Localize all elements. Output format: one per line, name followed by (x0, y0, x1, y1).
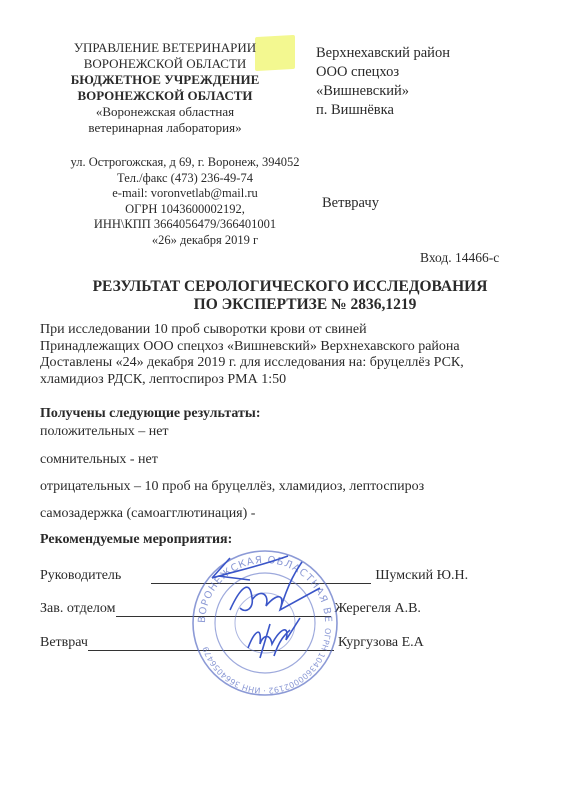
intro-paragraph: При исследовании 10 проб сыворотки крови… (40, 322, 560, 388)
title-line: РЕЗУЛЬТАТ СЕРОЛОГИЧЕСКОГО ИССЛЕДОВАНИЯ (30, 278, 550, 296)
sender-line: ВОРОНЕЖСКОЙ ОБЛАСТИ (40, 56, 290, 72)
recipient-block: Верхнехавский район ООО спецхоз «Вишневс… (316, 44, 450, 120)
sender-header: УПРАВЛЕНИЕ ВЕТЕРИНАРИИ ВОРОНЕЖСКОЙ ОБЛАС… (40, 40, 290, 136)
incoming-number: Вход. 14466-с (420, 250, 499, 266)
sender-line: «Воронежская областная (40, 104, 290, 120)
recipient-line: Верхнехавский район (316, 44, 450, 63)
intro-line: Принадлежащих ООО спецхоз «Вишневский» В… (40, 339, 560, 356)
sender-line: ВОРОНЕЖСКОЙ ОБЛАСТИ (40, 88, 290, 104)
sender-line: ветеринарная лаборатория» (40, 120, 290, 136)
date-line: «26» декабря 2019 г (40, 233, 330, 249)
handwritten-signatures-icon (190, 548, 340, 698)
phone-line: Тел./факс (473) 236-49-74 (40, 171, 330, 187)
sender-address: ул. Острогожская, д 69, г. Воронеж, 3940… (40, 155, 330, 248)
signature-role: Руководитель (40, 568, 121, 584)
result-negative: отрицательных – 10 проб на бруцеллёз, хл… (40, 479, 424, 495)
intro-line: Доставлены «24» декабря 2019 г. для иссл… (40, 355, 560, 372)
signature-name: Кургузова Е.А (338, 635, 424, 651)
result-doubtful: сомнительных - нет (40, 452, 158, 468)
signature-role: Зав. отделом (40, 601, 116, 617)
inn-line: ИНН\КПП 3664056479/366401001 (40, 217, 330, 233)
intro-line: хламидиоз РДСК, лептоспироз РМА 1:50 (40, 372, 560, 389)
email-line: e-mail: voronvetlab@mail.ru (40, 186, 330, 202)
sender-line: УПРАВЛЕНИЕ ВЕТЕРИНАРИИ (40, 40, 290, 56)
signature-name: Жерегеля А.В. (335, 601, 421, 617)
recommendations-heading: Рекомендуемые мероприятия: (40, 532, 232, 548)
signature-name: Шумский Ю.Н. (375, 568, 468, 584)
title-line: ПО ЭКСПЕРТИЗЕ № 2836,1219 (30, 296, 550, 314)
signature-role: Ветврач (40, 635, 88, 651)
document-title: РЕЗУЛЬТАТ СЕРОЛОГИЧЕСКОГО ИССЛЕДОВАНИЯ П… (30, 278, 550, 314)
sender-line: БЮДЖЕТНОЕ УЧРЕЖДЕНИЕ (40, 72, 290, 88)
results-heading: Получены следующие результаты: (40, 406, 261, 422)
result-positive: положительных – нет (40, 424, 169, 440)
recipient-line: п. Вишнёвка (316, 101, 450, 120)
intro-line: При исследовании 10 проб сыворотки крови… (40, 322, 560, 339)
ogrn-line: ОГРН 1043600002192, (40, 202, 330, 218)
recipient-line: ООО спецхоз (316, 63, 450, 82)
recipient-line: «Вишневский» (316, 82, 450, 101)
result-self-agglutination: самозадержка (самоагглютинация) - (40, 506, 255, 522)
address-line: ул. Острогожская, д 69, г. Воронеж, 3940… (40, 155, 330, 171)
recipient-role: Ветврачу (322, 195, 379, 212)
